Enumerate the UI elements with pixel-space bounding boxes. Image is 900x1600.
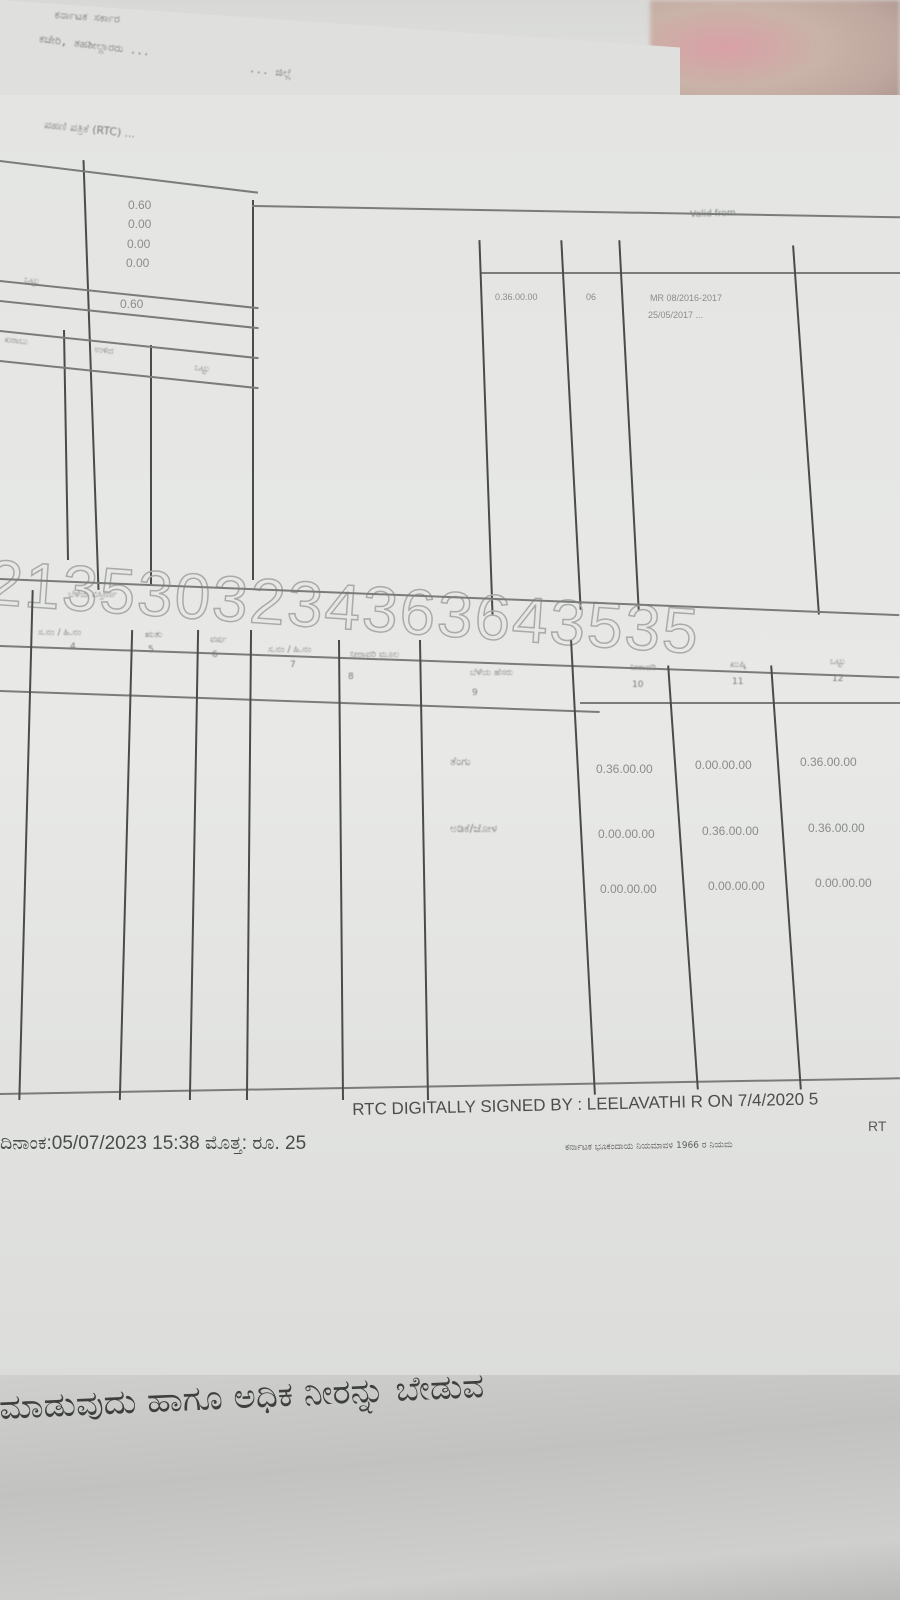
crop-group-header: ಬೆಳೆಯ ವಿಸ್ತೀರ್ಣ [68,590,117,600]
col-header-8: ನೀರಾವರಿ ಮೂಲ [350,650,399,660]
total-area: 0.36.00.00 [808,821,865,835]
col-num-8: 8 [348,672,354,682]
mutation-number: MR 08/2016-2017 [650,293,722,303]
total-value: 0.60 [120,297,143,311]
rtc-page [0,95,900,1385]
dry-area: 0.36.00.00 [702,824,759,838]
dry-area: 0.00.00.00 [708,879,765,893]
total-area: 0.36.00.00 [800,755,857,769]
irrigated-area: 0.00.00.00 [598,827,655,841]
col-num-5: 5 [148,645,154,655]
col-num-7: 7 [290,660,296,670]
sub-header: ಒಟ್ಟು [194,363,210,375]
col-header-7: ಸ.ನಂ / ಹಿ.ನಂ [268,645,311,655]
col-num-12: 12 [832,674,843,684]
col-num-4: 4 [70,642,76,652]
area-value: 0.60 [128,198,151,212]
mutation-date: 25/05/2017 ... [648,310,703,320]
dry-area: 0.00.00.00 [695,758,752,772]
area-value: 0.00 [127,237,150,251]
sub-header: ಉಳಿದ [94,345,114,357]
total-label: ಒಟ್ಟು [24,275,41,287]
owner-khata: 06 [586,292,596,302]
col-header-4: ಸ.ನಂ / ಹಿ.ನಂ [38,628,81,638]
table-line [480,272,900,274]
table-line [150,345,152,585]
col-num-6: 6 [212,650,218,660]
col-header-11: ಖುಷ್ಕಿ [730,660,746,670]
col-num-10: 10 [632,680,643,690]
total-area: 0.00.00.00 [815,876,872,890]
crop-name: ತೆಂಗು [450,755,471,769]
area-value: 0.00 [128,217,151,231]
area-value: 0.00 [126,256,149,270]
col-header-10: ನೀರಾವರಿ [630,663,656,673]
irrigated-area: 0.36.00.00 [596,762,653,776]
col-header-5: ಋತು [145,630,162,640]
col-header-12: ಒಟ್ಟು [830,657,845,667]
crop-name: ಅಡಿಕೆ/ಜೋಳ [450,822,497,836]
table-line [252,200,254,580]
owner-extent: 0.36.00.00 [495,292,538,302]
col-num-9: 9 [472,688,478,698]
print-date-fee: ದಿನಾಂಕ:05/07/2023 15:38 ಮೊತ್ತ: ರೂ. 25 [0,1133,306,1155]
col-num-11: 11 [732,677,743,687]
col-header-6: ವರ್ಷ [210,635,227,645]
col-header-9: ಬೆಳೆಯ ಹೆಸರು [470,668,513,678]
irrigated-area: 0.00.00.00 [600,882,657,896]
table-line [580,702,900,704]
rt-fragment: RT [868,1118,886,1134]
